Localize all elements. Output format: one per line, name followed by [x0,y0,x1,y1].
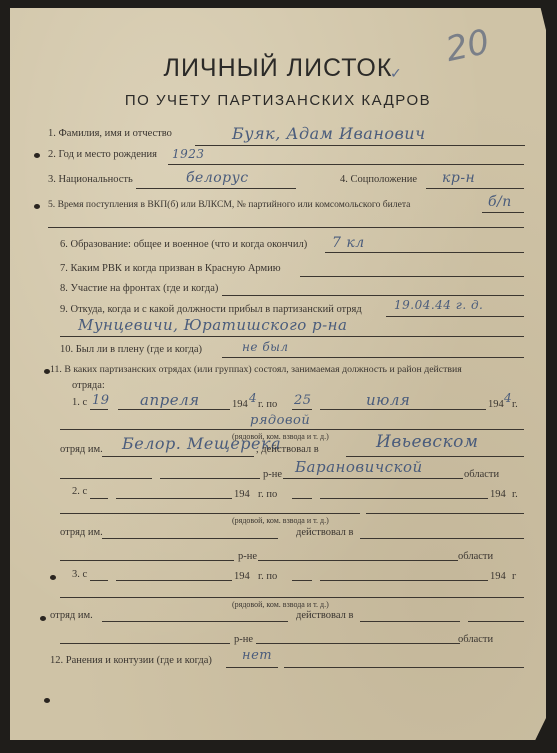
unit-1-otryad-line [102,456,254,457]
field-10-value[interactable]: не был [242,340,289,354]
unit-1-from-year: 194 [232,399,248,410]
unit-2-position-hint: (рядовой, ком. взвода и т. д.) [232,516,329,525]
field-4-line [426,188,524,189]
unit-3-to-month-line [320,580,488,581]
unit-1-to-day-line [292,409,312,410]
unit-3-from-year: 194 [234,571,250,582]
unit-2-position-line-2 [366,513,524,514]
unit-1-otryad-label: отряд им. [60,444,103,455]
unit-2-to-year: 194 [490,489,506,500]
field-6-value[interactable]: 7 кл [332,235,365,251]
unit-1-position[interactable]: рядовой [250,413,310,428]
unit-3-otryad-label: отряд им. [50,610,93,621]
unit-3-day-line [90,580,108,581]
unit-2-region-line [258,560,458,561]
unit-1-region[interactable]: Барановичской [295,458,423,476]
unit-1-acted-in[interactable]: Ивьевском [376,432,478,452]
field-11-label: 11. В каких партизанских отрядах (или гр… [50,364,462,375]
unit-3-position-line [60,597,524,598]
field-5-label: 5. Время поступления в ВКП(б) или ВЛКСМ,… [48,199,410,210]
document-sheet: 20 ✓ ЛИЧНЫЙ ЛИСТОК ПО УЧЕТУ ПАРТИЗАНСКИХ… [10,8,546,740]
unit-2-to-day-line [292,498,312,499]
field-11-label-2: отряда: [72,380,105,391]
field-1-value[interactable]: Буяк, Адам Иванович [232,124,426,143]
unit-3-district-line [60,643,230,644]
field-10-label: 10. Был ли в плену (где и когда) [60,344,202,355]
unit-1-day-line [90,409,108,410]
unit-1-to-day[interactable]: 25 [294,393,312,408]
unit-2-month-line [116,498,232,499]
unit-3-acted-line [360,621,460,622]
punch-hole [44,698,50,703]
unit-3-acted-line-2 [468,621,524,622]
unit-3-year-end: г [512,571,516,582]
unit-3-region-label: области [458,634,493,645]
unit-2-to-month-line [320,498,488,499]
field-6-label: 6. Образование: общее и военное (что и к… [60,239,307,250]
field-12-line-2 [284,667,524,668]
unit-2-year-end: г. [512,489,518,500]
unit-3-acted-label: действовал в [296,610,353,621]
unit-1-acted-label: , действовал в [256,444,319,455]
field-2-value[interactable]: 1923 [172,147,205,161]
unit-2-otryad-line [102,538,278,539]
unit-1-from-day[interactable]: 19 [92,393,110,408]
punch-hole [34,204,40,209]
field-5-extra-line [48,227,524,228]
field-12-line [226,667,278,668]
unit-1-from-year-suffix[interactable]: 4 [249,391,257,405]
field-8-label: 8. Участие на фронтах (где и когда) [60,283,218,294]
unit-1-region-label: области [464,469,499,480]
field-2-line [168,164,524,165]
field-12-label: 12. Ранения и контузии (где и когда) [50,655,212,666]
document-title: ЛИЧНЫЙ ЛИСТОК [10,54,546,83]
field-5-value[interactable]: б/п [488,194,512,210]
unit-1-to-year-suffix[interactable]: 4 [504,391,512,405]
field-9-label: 9. Откуда, когда и с какой должности при… [60,304,362,315]
field-3-value[interactable]: белорус [186,170,249,186]
unit-2-region-label: области [458,551,493,562]
field-10-line [222,357,524,358]
unit-1-year-end: г. [512,399,518,410]
unit-1-region-line [283,478,463,479]
unit-2-num: 2. с [72,486,87,497]
unit-3-position-hint: (рядовой, ком. взвода и т. д.) [232,600,329,609]
unit-1-district-line-2 [160,478,260,479]
field-4-value[interactable]: кр-н [442,170,475,186]
unit-3-otryad-line [102,621,288,622]
field-9-value-2[interactable]: Мунцевичи, Юратишского р-на [78,316,348,334]
unit-2-otryad-label: отряд им. [60,527,103,538]
unit-2-to-label: г. по [258,489,277,500]
unit-3-to-year: 194 [490,571,506,582]
field-7-label: 7. Каким РВК и когда призван в Красную А… [60,263,281,274]
unit-1-to-year: 194 [488,399,504,410]
unit-1-month-line [118,409,230,410]
field-3-label: 3. Национальность [48,174,133,185]
unit-1-district-line [60,478,152,479]
unit-2-acted-line [360,538,524,539]
field-12-value[interactable]: нет [242,648,272,663]
unit-1-acted-line [346,456,524,457]
field-1-line [195,145,525,146]
unit-2-district-line [60,560,234,561]
unit-3-to-day-line [292,580,312,581]
field-9-value[interactable]: 19.04.44 г. д. [394,298,483,312]
unit-2-district-label: р-не [238,551,257,562]
field-1-label: 1. Фамилия, имя и отчество [48,128,172,139]
field-7-line [300,276,524,277]
unit-1-to-month-line [320,409,486,410]
punch-hole [34,153,40,158]
unit-3-district-label: р-не [234,634,253,645]
unit-1-to-month[interactable]: июля [366,391,410,409]
punch-hole [50,575,56,580]
field-9-line-2 [60,336,524,337]
unit-1-num: 1. с [72,397,87,408]
unit-3-to-label: г. по [258,571,277,582]
unit-3-num: 3. с [72,569,87,580]
field-5-line [482,212,524,213]
field-4-label: 4. Соцположение [340,174,417,185]
unit-1-district-label: р-не [263,469,282,480]
unit-2-position-line [60,513,360,514]
field-2-label: 2. Год и место рождения [48,149,157,160]
field-9-line [386,316,524,317]
unit-3-month-line [116,580,232,581]
document-subtitle: ПО УЧЕТУ ПАРТИЗАНСКИХ КАДРОВ [10,92,546,109]
unit-1-to-label: г. по [258,399,277,410]
field-6-line [325,252,524,253]
unit-1-from-month[interactable]: апреля [140,391,200,409]
unit-2-day-line [90,498,108,499]
unit-3-region-line [256,643,460,644]
field-8-line [222,295,524,296]
unit-2-from-year: 194 [234,489,250,500]
field-3-line [136,188,296,189]
unit-2-acted-label: действовал в [296,527,353,538]
punch-hole [40,616,46,621]
unit-1-position-line [60,429,524,430]
